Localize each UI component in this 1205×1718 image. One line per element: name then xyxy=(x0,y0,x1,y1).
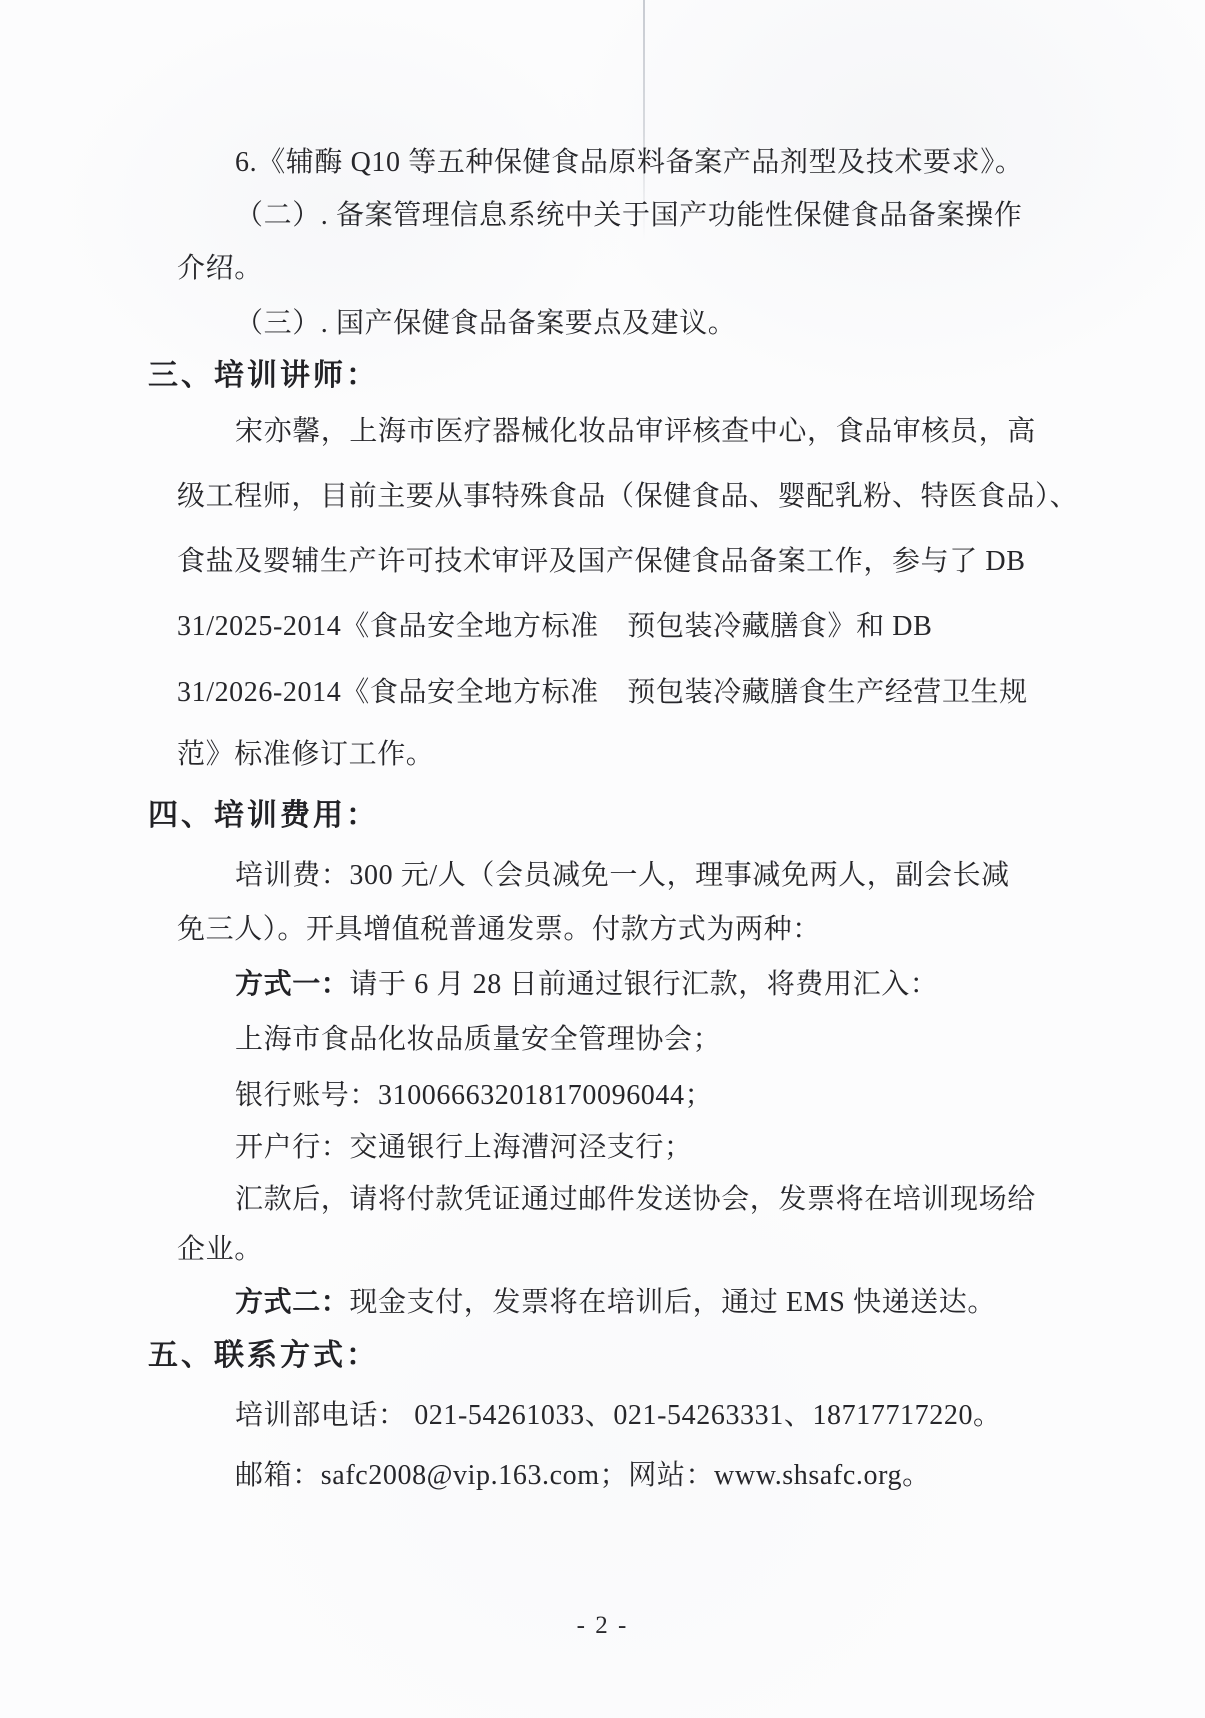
document-line: （二）. 备案管理信息系统中关于国产功能性保健食品备案操作 xyxy=(235,197,1022,235)
document-line: 6.《辅酶 Q10 等五种保健食品原料备案产品剂型及技术要求》。 xyxy=(235,144,1023,182)
document-line: 方式二：现金支付，发票将在培训后，通过 EMS 快递送达。 xyxy=(235,1283,996,1321)
document-line: 企业。 xyxy=(177,1231,263,1269)
document-line: （三）. 国产保健食品备案要点及建议。 xyxy=(235,305,736,343)
document-line: 介绍。 xyxy=(177,250,263,288)
document-line: 培训费：300 元/人（会员减免一人，理事减免两人，副会长减 xyxy=(235,857,1010,895)
document-line: 开户行：交通银行上海漕河泾支行； xyxy=(235,1129,693,1167)
line-bold-prefix: 方式二： xyxy=(235,1286,349,1317)
document-line: 食盐及婴辅生产许可技术审评及国产保健食品备案工作，参与了 DB xyxy=(177,543,1026,581)
document-line: 邮箱：safc2008@vip.163.com；网站：www.shsafc.or… xyxy=(235,1457,931,1495)
section-heading: 四、培训费用： xyxy=(148,797,379,835)
section-heading: 三、培训讲师： xyxy=(148,357,379,395)
page-number: - 2 - xyxy=(0,1612,1205,1640)
document-line: 上海市食品化妆品质量安全管理协会； xyxy=(235,1021,721,1059)
line-bold-prefix: 方式一： xyxy=(235,968,349,999)
section-heading: 五、联系方式： xyxy=(148,1337,379,1375)
line-text: 现金支付，发票将在培训后，通过 EMS 快递送达。 xyxy=(349,1287,996,1318)
line-text: 请于 6 月 28 日前通过银行汇款，将费用汇入： xyxy=(349,969,938,1000)
document-line: 宋亦馨，上海市医疗器械化妆品审评核查中心，食品审核员，高 xyxy=(235,413,1036,451)
document-line: 银行账号：310066632018170096044； xyxy=(235,1077,713,1115)
document-line: 范》标准修订工作。 xyxy=(177,736,434,774)
document-line: 培训部电话： 021-54261033、021-54263331、1871771… xyxy=(235,1397,1002,1435)
document-line: 方式一：请于 6 月 28 日前通过银行汇款，将费用汇入： xyxy=(235,965,938,1003)
document-line: 免三人）。开具增值税普通发票。付款方式为两种： xyxy=(177,911,821,949)
document-line: 31/2026-2014《食品安全地方标准 预包装冷藏膳食生产经营卫生规 xyxy=(177,674,1028,712)
document-line: 31/2025-2014《食品安全地方标准 预包装冷藏膳食》和 DB xyxy=(177,608,932,646)
document-line: 级工程师，目前主要从事特殊食品（保健食品、婴配乳粉、特医食品）、 xyxy=(177,478,1078,516)
scanned-document-page: 6.《辅酶 Q10 等五种保健食品原料备案产品剂型及技术要求》。（二）. 备案管… xyxy=(0,0,1205,1718)
document-line: 汇款后，请将付款凭证通过邮件发送协会，发票将在培训现场给 xyxy=(235,1181,1036,1219)
